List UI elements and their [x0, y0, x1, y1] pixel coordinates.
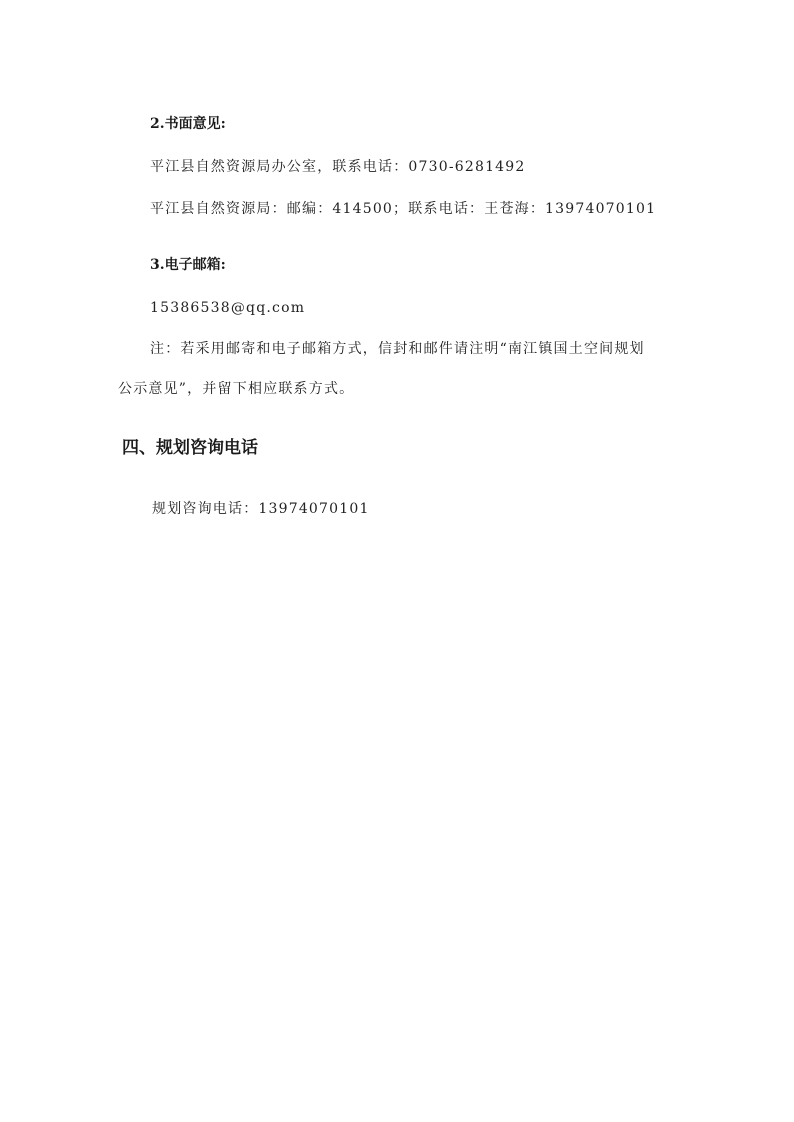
section-heading-consult-phone: 四、规划咨询电话 — [122, 436, 258, 460]
note-line-2: 公示意见”，并留下相应联系方式。 — [118, 379, 354, 399]
email-address: 15386538@qq.com — [150, 298, 305, 318]
subheading-email: 3.电子邮箱: — [150, 255, 226, 275]
note-line-1: 注：若采用邮寄和电子邮箱方式，信封和邮件请注明“南江镇国土空间规划 — [150, 339, 645, 359]
consult-phone-line: 规划咨询电话：13974070101 — [152, 499, 370, 519]
subheading-written-opinion: 2.书面意见: — [150, 114, 226, 134]
postal-contact-line: 平江县自然资源局：邮编：414500；联系电话：王苍海：13974070101 — [150, 199, 656, 219]
office-phone-line: 平江县自然资源局办公室，联系电话：0730-6281492 — [150, 157, 526, 177]
